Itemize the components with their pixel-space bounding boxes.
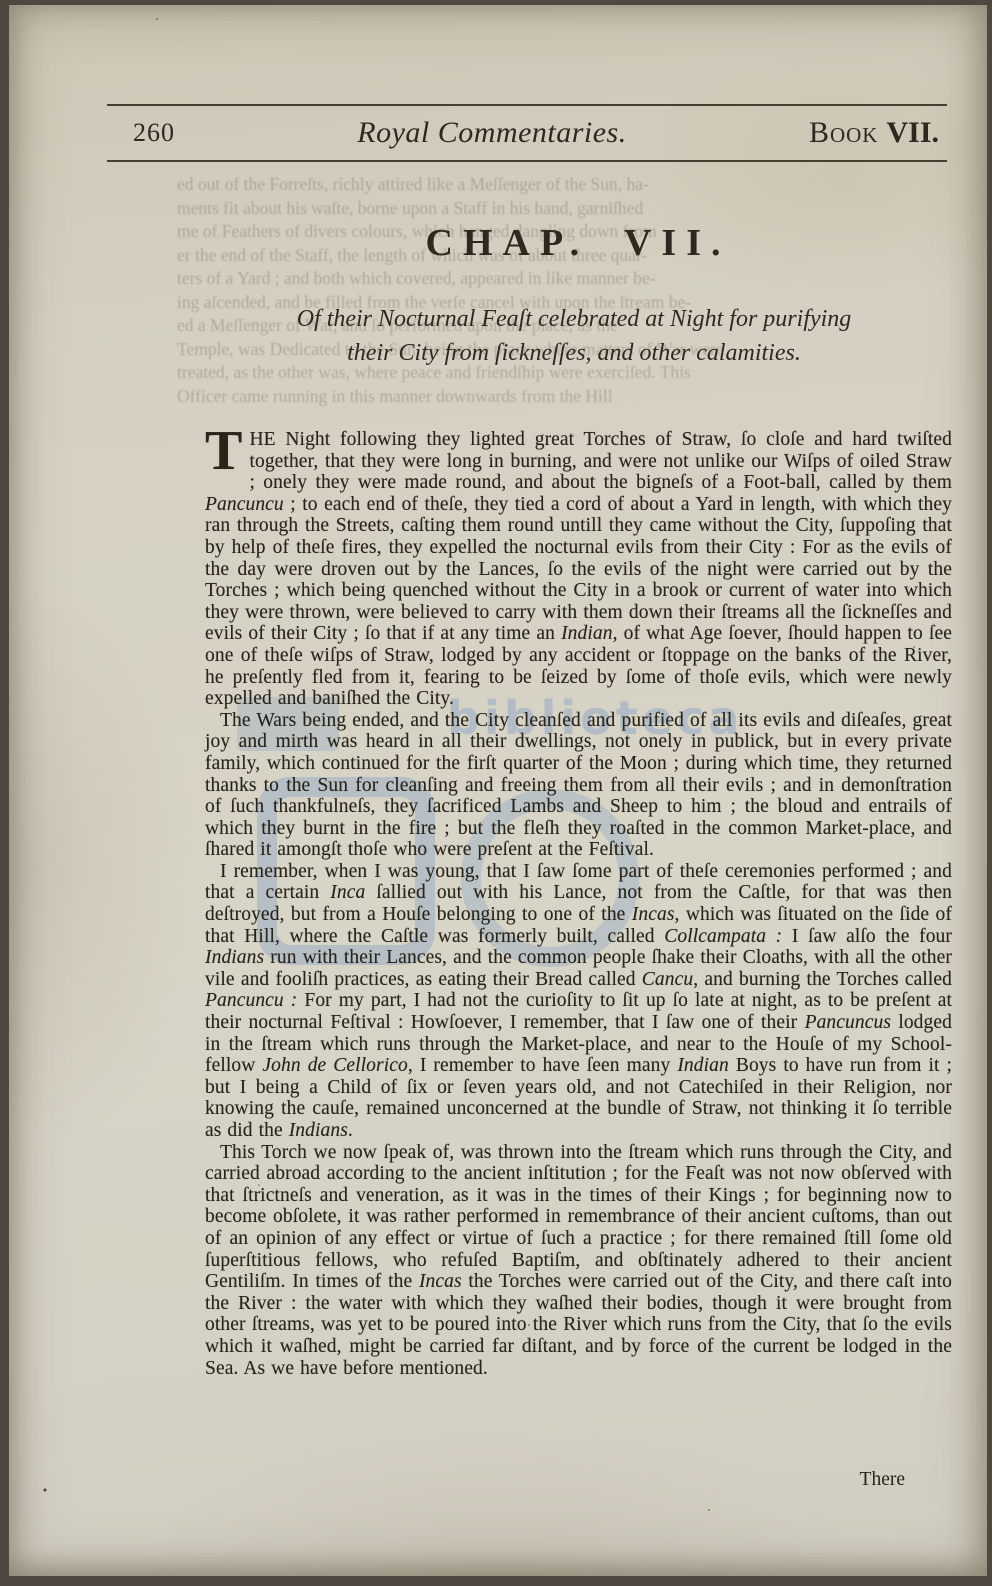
paragraph: I remember, when I was young, that I ſaw…: [205, 861, 952, 1142]
paragraph: THE Night following they lighted great T…: [205, 429, 952, 710]
chapter-heading: CHAP. VII.: [204, 221, 952, 265]
book-label: BookVII.: [809, 116, 939, 150]
chapter-subtitle-line-2: their City from ſickneſſes, and other ca…: [169, 336, 979, 370]
page-number: 260: [133, 118, 175, 148]
catchword: There: [860, 1469, 905, 1491]
bleedthrough-line: ed out of the Forreſts, richly attired l…: [177, 173, 957, 197]
chapter-subtitle-line-1: Of their Nocturnal Feaſt celebrated at N…: [169, 302, 979, 336]
bleedthrough-line: Officer came running in this manner down…: [177, 385, 957, 409]
drop-cap: T: [205, 429, 249, 473]
book-number: VII.: [886, 116, 939, 149]
running-header: 260 Royal Commentaries. BookVII.: [107, 104, 947, 162]
scanned-book-page: ed out of the Forreſts, richly attired l…: [9, 5, 987, 1576]
paragraph: This Torch we now ſpeak of, was thrown i…: [205, 1142, 952, 1380]
verso-bleedthrough-text: ed out of the Forreſts, richly attired l…: [177, 173, 957, 408]
bleedthrough-line: ments fit about his waſte, borne upon a …: [177, 197, 957, 221]
running-title: Royal Commentaries.: [357, 116, 626, 150]
bleedthrough-line: ters of a Yard ; and both which covered,…: [177, 267, 957, 291]
paragraph: The Wars being ended, and the City clean…: [205, 710, 952, 861]
body-text: THE Night following they lighted great T…: [205, 429, 952, 1379]
book-word: Book: [809, 116, 879, 149]
chapter-subtitle: Of their Nocturnal Feaſt celebrated at N…: [169, 302, 979, 370]
